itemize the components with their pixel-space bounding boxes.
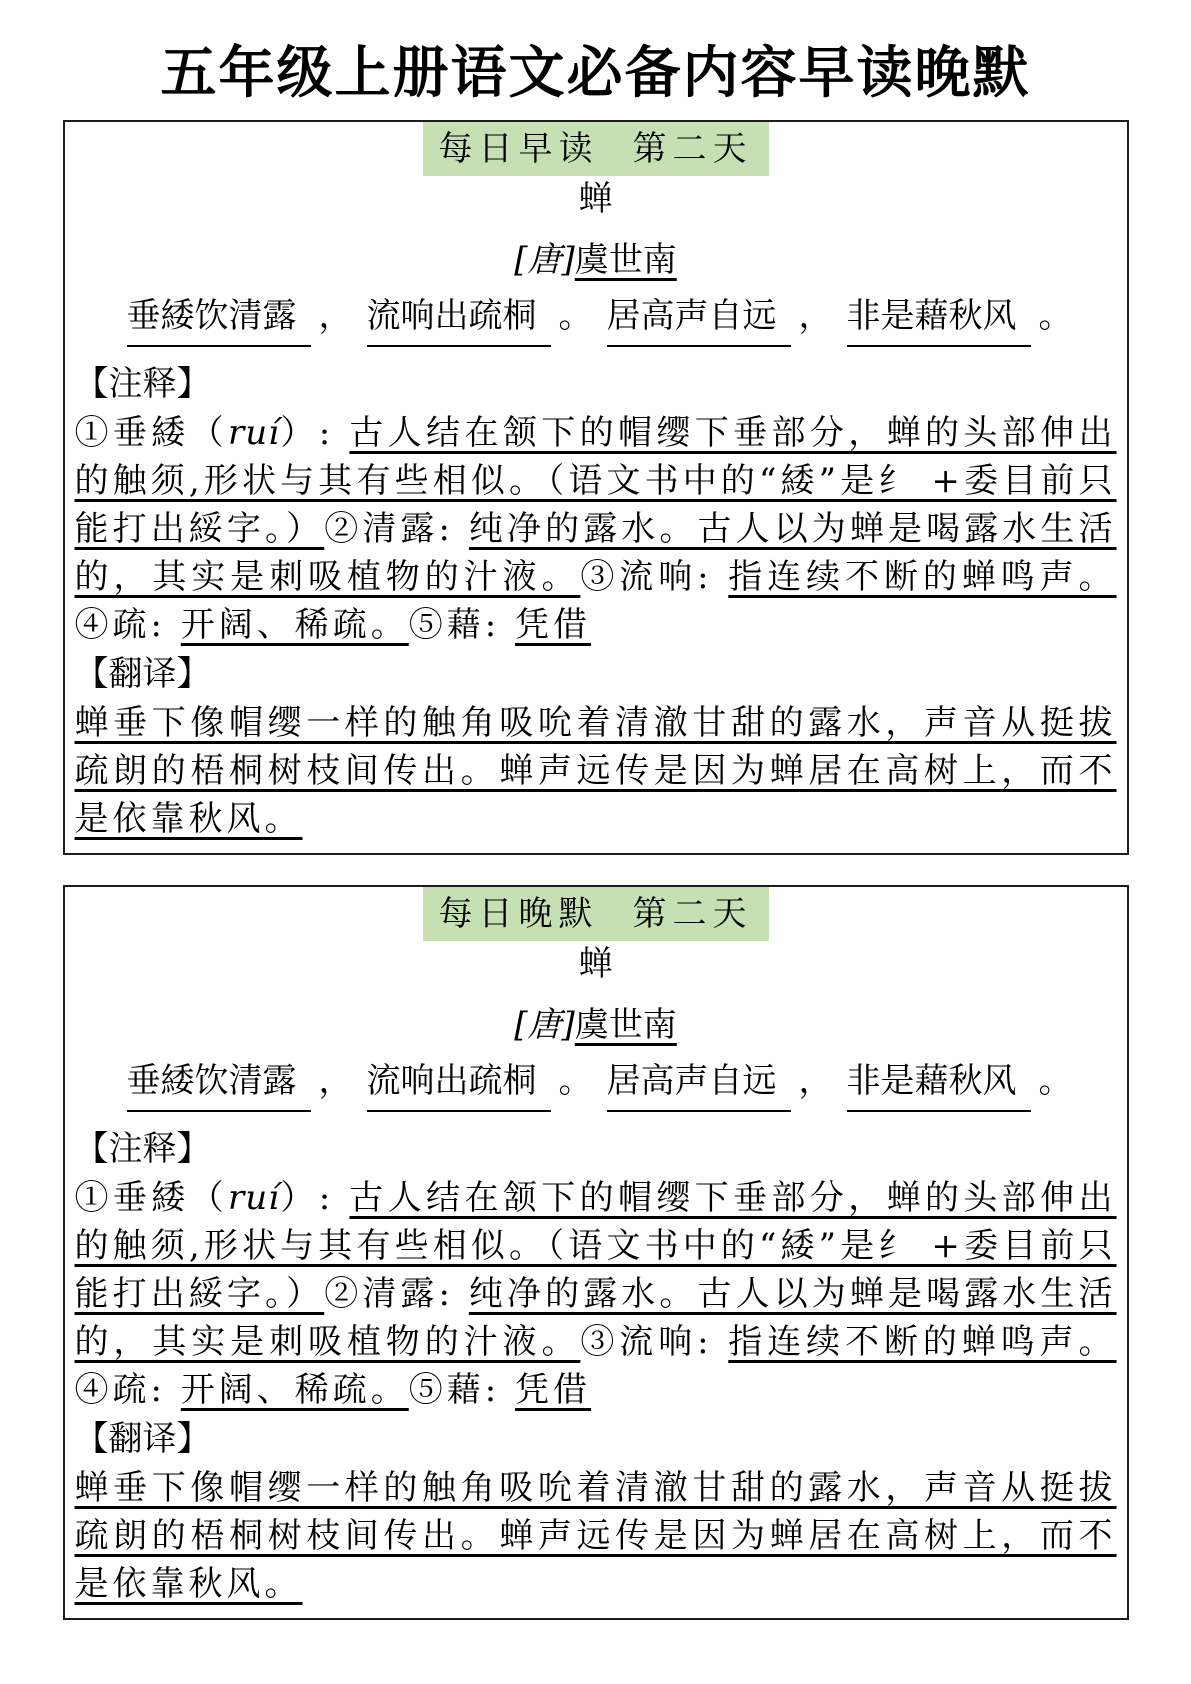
note-pinyin: ruí — [228, 1178, 280, 1218]
verse-punct: 。 — [559, 1061, 593, 1101]
poem-verse-line: 垂緌饮清露，流响出疏桐。居高声自远，非是藉秋风。 — [75, 1057, 1117, 1112]
translation-text: 蝉垂下像帽缨一样的触角吸吮着清澈甘甜的露水，声音从挺拔疏朗的梧桐树枝间传出。蝉声… — [75, 703, 1117, 839]
note-term: ①垂緌（ — [75, 413, 229, 453]
dynasty-label: [唐] — [514, 1005, 575, 1045]
note-term: ①垂緌（ — [75, 1178, 229, 1218]
dynasty-label: [唐] — [514, 240, 575, 280]
verse-phrase: 流响出疏桐 — [367, 1057, 551, 1112]
note-term: ②清露: — [324, 509, 469, 549]
verse-phrase: 居高声自远 — [607, 1057, 791, 1112]
morning-reading-card: 每日早读第二天 蝉 [唐]虞世南 垂緌饮清露，流响出疏桐。居高声自远，非是藉秋风… — [63, 120, 1129, 855]
notes-label: 【注释】 — [75, 359, 1117, 409]
verse-punct: ， — [799, 1061, 833, 1101]
evening-dictation-card: 每日晚默第二天 蝉 [唐]虞世南 垂緌饮清露，流响出疏桐。居高声自远，非是藉秋风… — [63, 885, 1129, 1620]
translation-text: 蝉垂下像帽缨一样的触角吸吮着清澈甘甜的露水，声音从挺拔疏朗的梧桐树枝间传出。蝉声… — [75, 1468, 1117, 1604]
note-explanation: 开阔、稀疏。 — [181, 605, 409, 645]
note-explanation: 凭借 — [515, 605, 591, 645]
translation-paragraph: 蝉垂下像帽缨一样的触角吸吮着清澈甘甜的露水，声音从挺拔疏朗的梧桐树枝间传出。蝉声… — [75, 699, 1117, 843]
day-label: 第二天 — [633, 894, 753, 934]
poem-verse-line: 垂緌饮清露，流响出疏桐。居高声自远，非是藉秋风。 — [75, 292, 1117, 347]
verse-phrase: 非是藉秋风 — [847, 292, 1031, 347]
note-term: ③流响: — [580, 557, 728, 597]
verse-punct: 。 — [559, 296, 593, 336]
note-term: ④疏: — [75, 1370, 181, 1410]
verse-phrase: 垂緌饮清露 — [127, 292, 311, 347]
session-label: 每日早读 — [439, 129, 599, 169]
poem-author-line: [唐]虞世南 — [75, 1003, 1117, 1047]
translation-paragraph: 蝉垂下像帽缨一样的触角吸吮着清澈甘甜的露水，声音从挺拔疏朗的梧桐树枝间传出。蝉声… — [75, 1464, 1117, 1608]
note-explanation: 指连续不断的蝉鸣声。 — [728, 1322, 1116, 1362]
notes-paragraph: ①垂緌（ruí）: 古人结在颔下的帽缨下垂部分，蝉的头部伸出的触须,形状与其有些… — [75, 1174, 1117, 1414]
verse-punct: ， — [319, 1061, 353, 1101]
morning-header-row: 每日早读第二天 — [75, 122, 1117, 176]
evening-header-highlight: 每日晚默第二天 — [423, 887, 769, 941]
translation-label: 【翻译】 — [75, 1414, 1117, 1464]
session-label: 每日晚默 — [439, 894, 599, 934]
note-explanation: 开阔、稀疏。 — [181, 1370, 409, 1410]
note-term: ④疏: — [75, 605, 181, 645]
notes-label: 【注释】 — [75, 1124, 1117, 1174]
verse-phrase: 垂緌饮清露 — [127, 1057, 311, 1112]
note-explanation: 凭借 — [515, 1370, 591, 1410]
note-term: ）: — [280, 413, 349, 453]
poem-title: 蝉 — [75, 176, 1117, 222]
poem-title: 蝉 — [75, 941, 1117, 987]
evening-header-row: 每日晚默第二天 — [75, 887, 1117, 941]
notes-paragraph: ①垂緌（ruí）: 古人结在颔下的帽缨下垂部分，蝉的头部伸出的触须,形状与其有些… — [75, 409, 1117, 649]
verse-punct: ， — [799, 296, 833, 336]
author-name: 虞世南 — [575, 240, 677, 280]
verse-phrase: 非是藉秋风 — [847, 1057, 1031, 1112]
verse-phrase: 居高声自远 — [607, 292, 791, 347]
note-term: ②清露: — [324, 1274, 469, 1314]
poem-author-line: [唐]虞世南 — [75, 238, 1117, 282]
note-term: ⑤藉: — [409, 1370, 515, 1410]
translation-label: 【翻译】 — [75, 649, 1117, 699]
verse-phrase: 流响出疏桐 — [367, 292, 551, 347]
author-name: 虞世南 — [575, 1005, 677, 1045]
note-explanation: 指连续不断的蝉鸣声。 — [728, 557, 1116, 597]
verse-punct: 。 — [1039, 1061, 1073, 1101]
day-label: 第二天 — [633, 129, 753, 169]
note-pinyin: ruí — [228, 413, 280, 453]
worksheet-page: 五年级上册语文必备内容早读晚默 每日早读第二天 蝉 [唐]虞世南 垂緌饮清露，流… — [0, 0, 1191, 1684]
doc-title: 五年级上册语文必备内容早读晚默 — [0, 34, 1191, 112]
note-term: ⑤藉: — [409, 605, 515, 645]
note-term: ）: — [280, 1178, 349, 1218]
verse-punct: ， — [319, 296, 353, 336]
verse-punct: 。 — [1039, 296, 1073, 336]
note-term: ③流响: — [580, 1322, 728, 1362]
morning-header-highlight: 每日早读第二天 — [423, 122, 769, 176]
